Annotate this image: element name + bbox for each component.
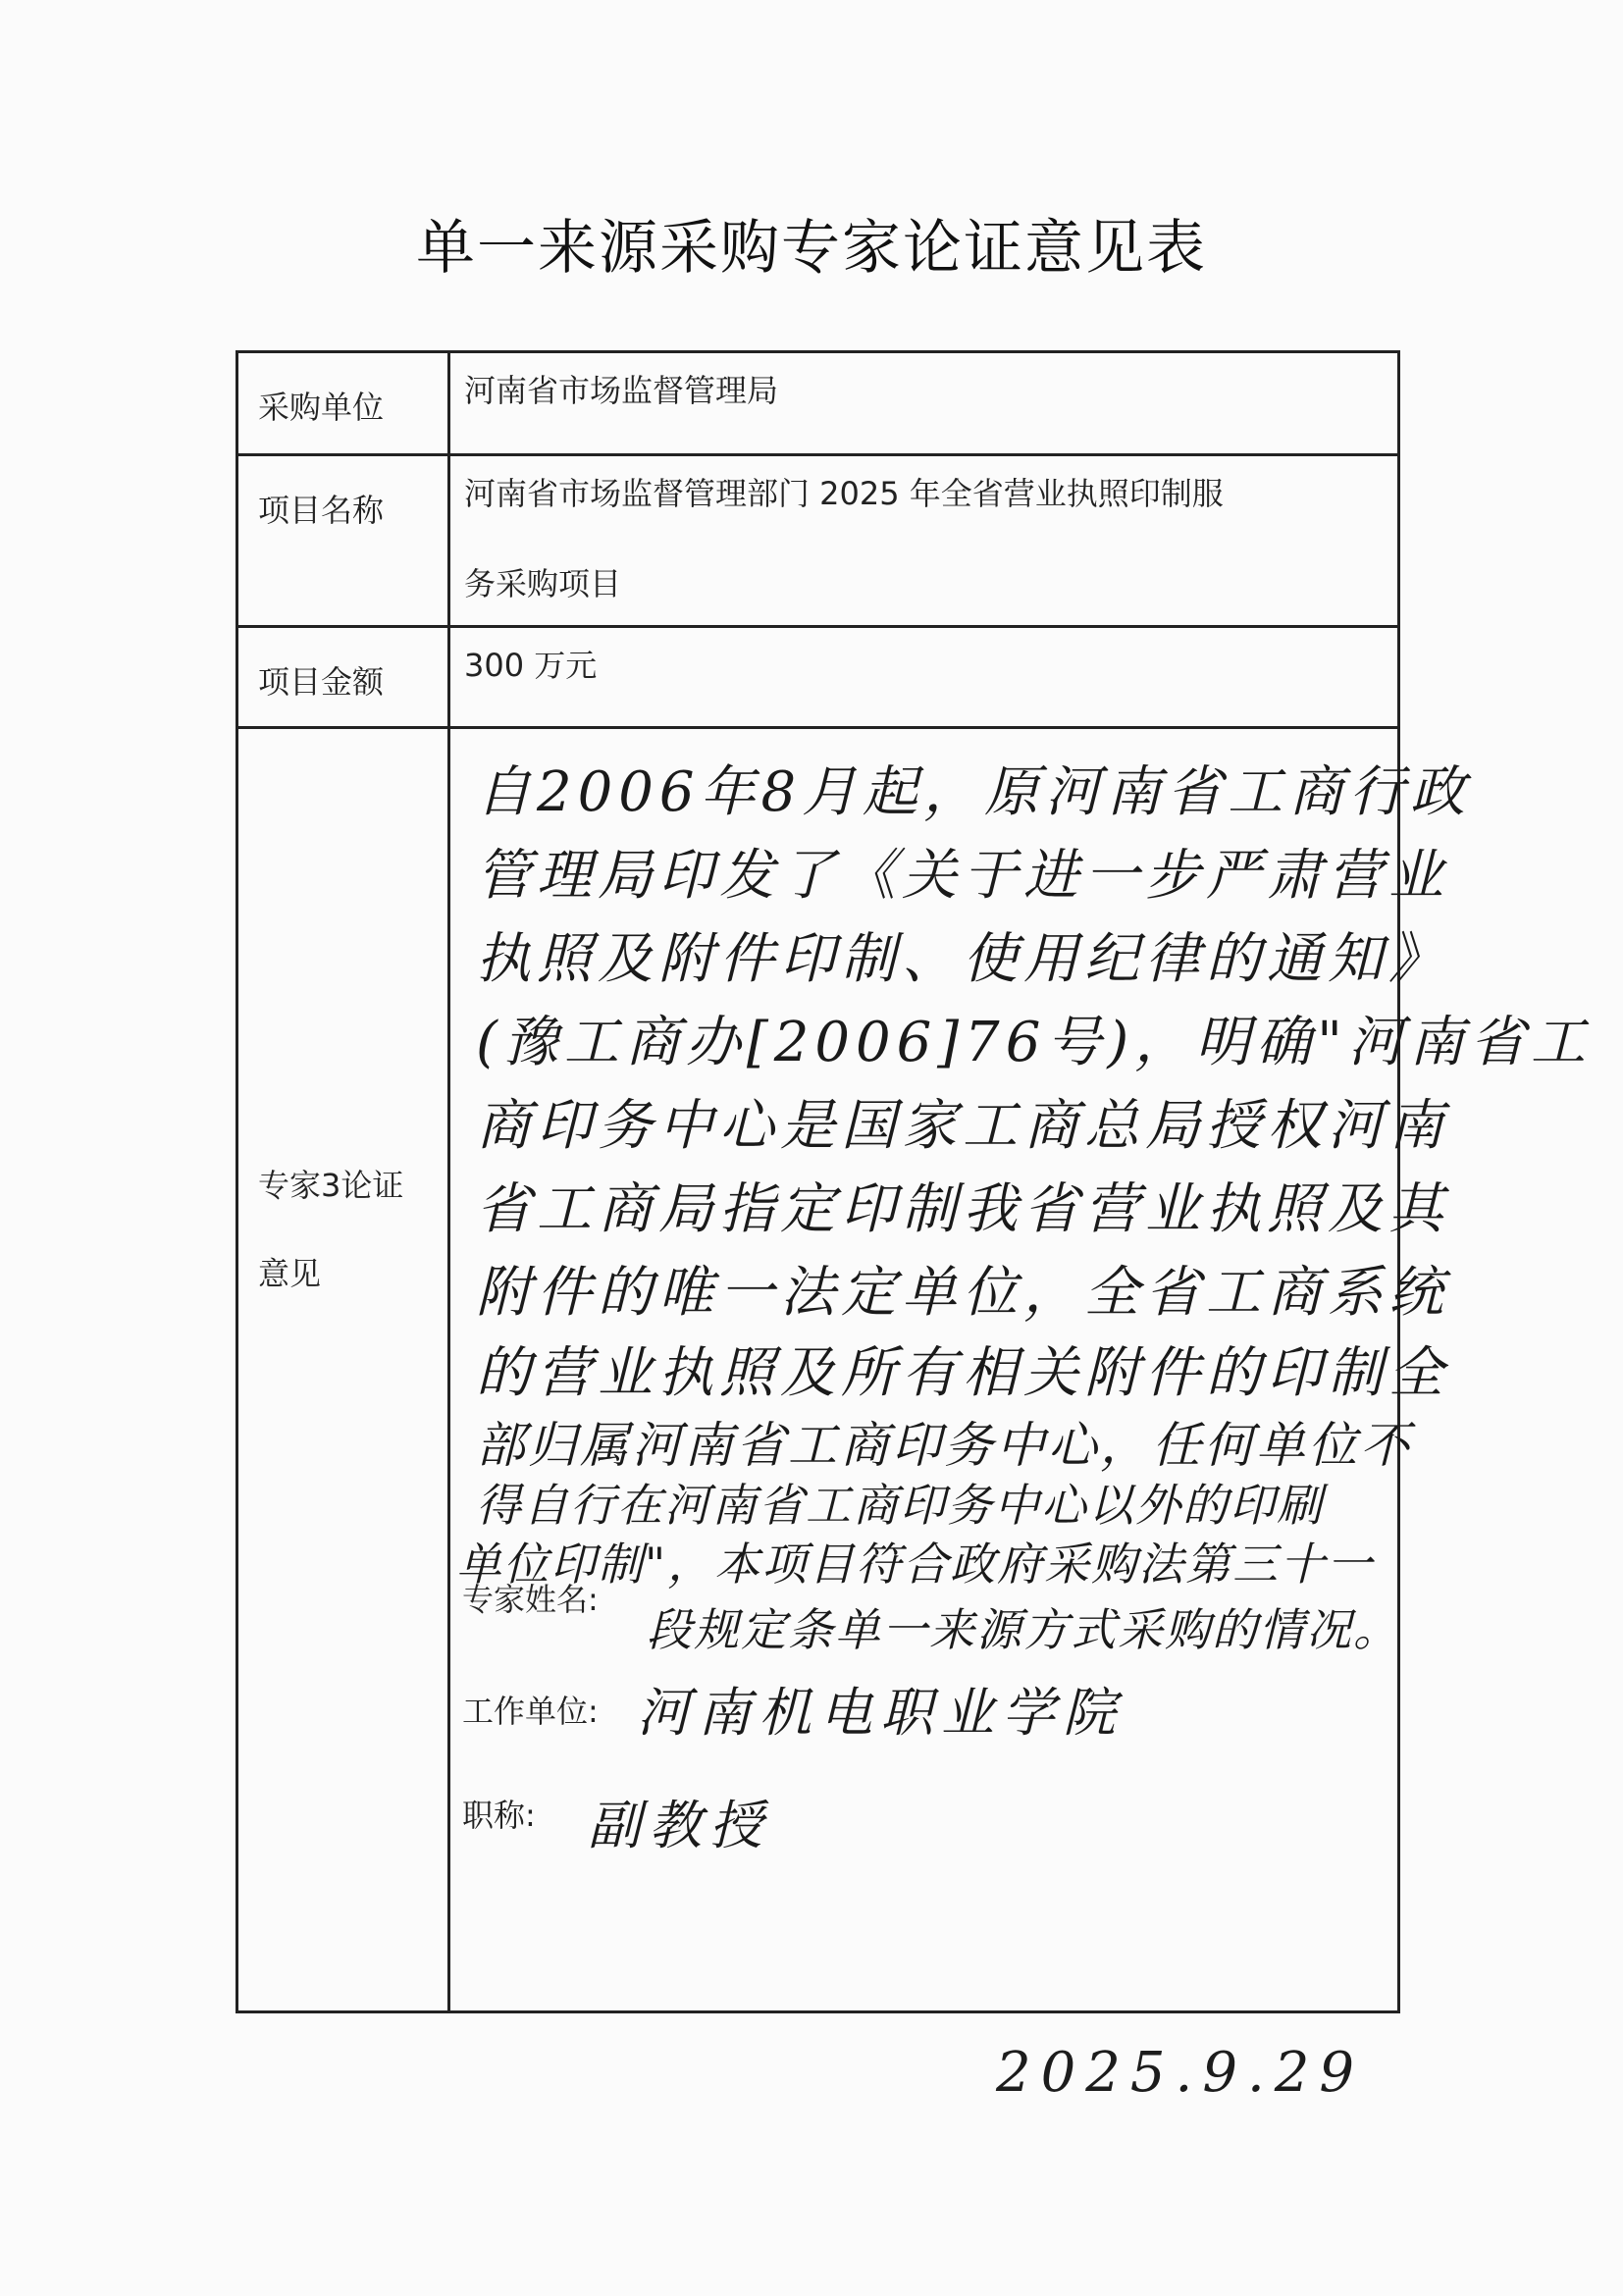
handwritten-line: 执照及附件印制、使用纪律的通知》 bbox=[476, 915, 1449, 994]
row-project-name: 项目名称 河南省市场监督管理部门 2025 年全省营业执照印制服 务采购项目 bbox=[238, 456, 1397, 628]
purchasing-unit-value: 河南省市场监督管理局 bbox=[464, 345, 1387, 436]
opinion-label-line2: 意见 bbox=[258, 1249, 321, 1294]
row-expert-opinion: 专家3论证 意见 自2006年8月起，原河南省工商行政 管理局印发了《关于进一步… bbox=[238, 729, 1397, 2010]
document-title: 单一来源采购专家论证意见表 bbox=[0, 201, 1623, 286]
handwritten-line: 省工商局指定印制我省营业执照及其 bbox=[476, 1166, 1449, 1244]
signature-date: 2025.9.29 bbox=[996, 2041, 1364, 2105]
handwritten-line: 管理局印发了《关于进一步严肃营业 bbox=[476, 832, 1449, 911]
handwritten-line: 得自行在河南省工商印务中心以外的印刷 bbox=[476, 1470, 1324, 1535]
label-cell: 专家3论证 意见 bbox=[238, 729, 450, 2010]
opinion-label-line1: 专家3论证 bbox=[258, 1161, 403, 1206]
handwritten-line: 部归属河南省工商印务中心，任何单位不 bbox=[476, 1406, 1412, 1477]
project-name-label: 项目名称 bbox=[258, 486, 384, 531]
row-project-amount: 项目金额 300 万元 bbox=[238, 628, 1397, 729]
project-name-value-line1: 河南省市场监督管理部门 2025 年全省营业执照印制服 bbox=[464, 448, 1387, 539]
handwritten-line: 商印务中心是国家工商总局授权河南 bbox=[476, 1082, 1449, 1161]
expert-name-label: 专家姓名: bbox=[462, 1575, 599, 1620]
handwritten-line: 自2006年8月起，原河南省工商行政 bbox=[476, 749, 1471, 827]
handwritten-line: 附件的唯一法定单位，全省工商系统 bbox=[476, 1249, 1449, 1328]
row-purchasing-unit: 采购单位 河南省市场监督管理局 bbox=[238, 353, 1397, 456]
value-cell: 300 万元 bbox=[450, 628, 1397, 726]
project-name-value-line2: 务采购项目 bbox=[464, 539, 1387, 629]
title-value: 副教授 bbox=[588, 1784, 770, 1859]
label-cell: 项目名称 bbox=[238, 456, 450, 625]
handwritten-line: (豫工商办[2006]76号)，明确"河南省工 bbox=[476, 999, 1592, 1077]
work-unit-value: 河南机电职业学院 bbox=[637, 1671, 1124, 1747]
project-amount-value: 300 万元 bbox=[464, 620, 1387, 710]
label-cell: 采购单位 bbox=[238, 353, 450, 453]
handwritten-opinion: 自2006年8月起，原河南省工商行政 管理局印发了《关于进一步严肃营业 执照及附… bbox=[450, 729, 1397, 2010]
title-label: 职称: bbox=[462, 1791, 536, 1836]
work-unit-label: 工作单位: bbox=[462, 1687, 599, 1732]
project-amount-label: 项目金额 bbox=[258, 657, 384, 703]
opinion-form-table: 采购单位 河南省市场监督管理局 项目名称 河南省市场监督管理部门 2025 年全… bbox=[236, 350, 1400, 2013]
handwritten-line: 段规定条单一来源方式采购的情况。 bbox=[647, 1594, 1400, 1659]
value-cell: 河南省市场监督管理局 bbox=[450, 353, 1397, 453]
purchasing-unit-label: 采购单位 bbox=[258, 383, 384, 428]
value-cell: 河南省市场监督管理部门 2025 年全省营业执照印制服 务采购项目 bbox=[450, 456, 1397, 625]
handwritten-line: 的营业执照及所有相关附件的印制全 bbox=[476, 1330, 1449, 1408]
label-cell: 项目金额 bbox=[238, 628, 450, 726]
